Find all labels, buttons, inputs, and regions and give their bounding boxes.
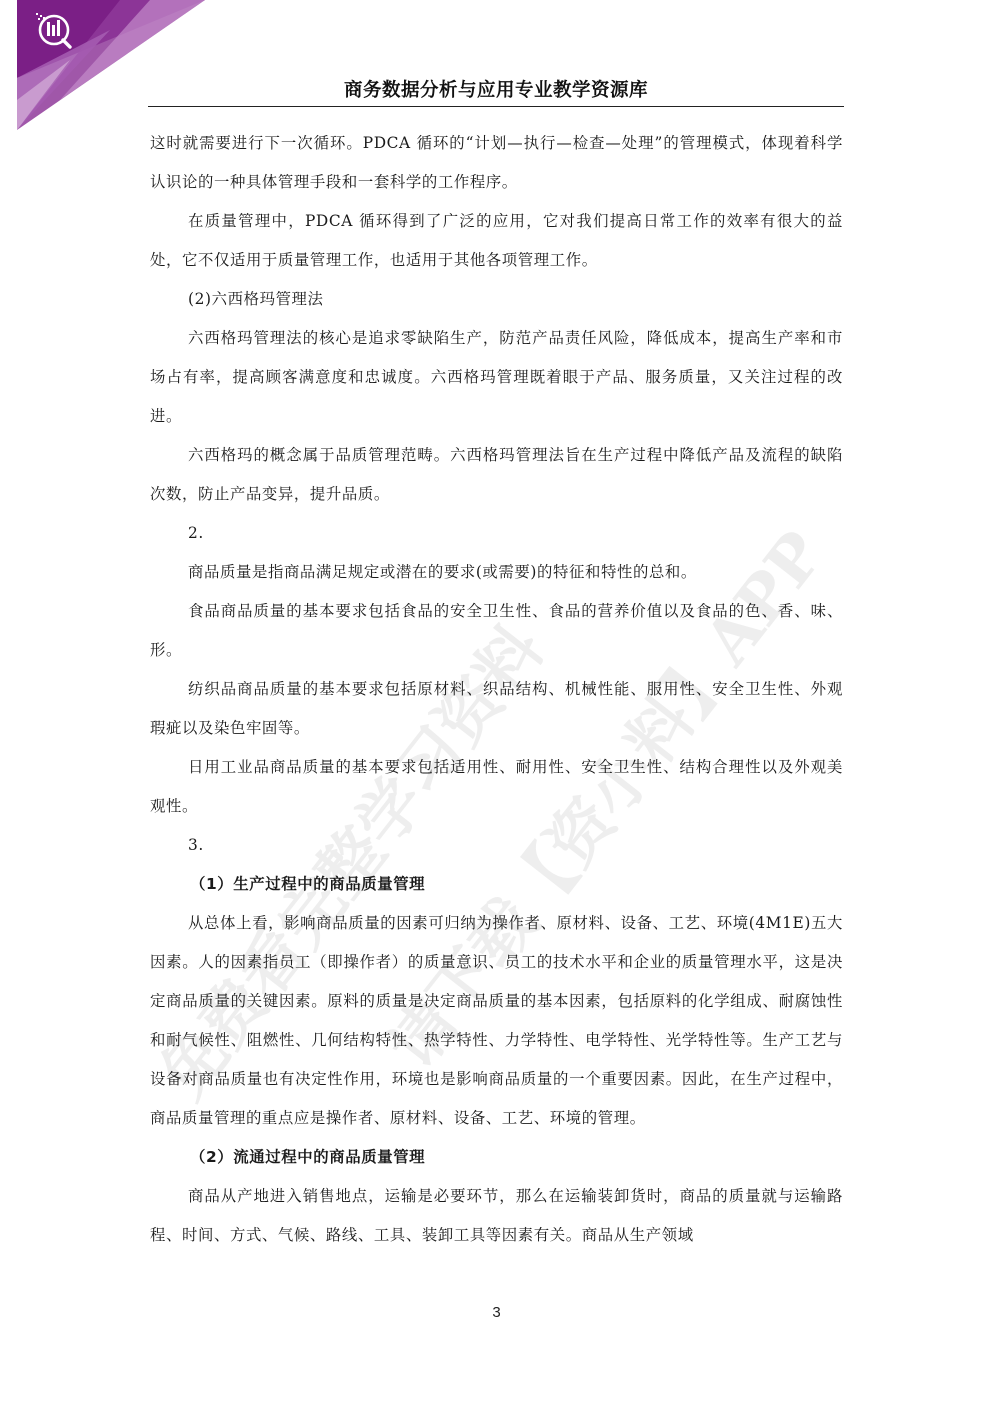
paragraph: 这时就需要进行下一次循环。PDCA 循环的“计划—执行—检查—处理”的管理模式，…: [150, 124, 843, 202]
section-number: 3.: [150, 826, 843, 865]
section-heading: （2）流通过程中的商品质量管理: [150, 1138, 843, 1177]
paragraph: 日用工业品商品质量的基本要求包括适用性、耐用性、安全卫生性、结构合理性以及外观美…: [150, 748, 843, 826]
paragraph: 六西格玛管理法的核心是追求零缺陷生产，防范产品责任风险，降低成本，提高生产率和市…: [150, 319, 843, 436]
subheading-six-sigma: (2)六西格玛管理法: [150, 280, 843, 319]
document-header-title: 商务数据分析与应用专业教学资源库: [148, 76, 844, 102]
section-number: 2.: [150, 514, 843, 553]
paragraph: 从总体上看，影响商品质量的因素可归纳为操作者、原材料、设备、工艺、环境(4M1E…: [150, 904, 843, 1138]
section-heading: （1）生产过程中的商品质量管理: [150, 865, 843, 904]
paragraph: 食品商品质量的基本要求包括食品的安全卫生性、食品的营养价值以及食品的色、香、味、…: [150, 592, 843, 670]
paragraph: 商品从产地进入销售地点，运输是必要环节，那么在运输装卸货时，商品的质量就与运输路…: [150, 1177, 843, 1255]
paragraph: 纺织品商品质量的基本要求包括原材料、织品结构、机械性能、服用性、安全卫生性、外观…: [150, 670, 843, 748]
magnifier-chart-logo-icon: [30, 8, 80, 52]
paragraph: 商品质量是指商品满足规定或潜在的要求(或需要)的特征和特性的总和。: [150, 553, 843, 592]
paragraph: 六西格玛的概念属于品质管理范畴。六西格玛管理法旨在生产过程中降低产品及流程的缺陷…: [150, 436, 843, 514]
page-number: 3: [0, 1304, 993, 1321]
header-divider: [148, 106, 844, 107]
paragraph: 在质量管理中，PDCA 循环得到了广泛的应用，它对我们提高日常工作的效率有很大的…: [150, 202, 843, 280]
document-body: 这时就需要进行下一次循环。PDCA 循环的“计划—执行—检查—处理”的管理模式，…: [150, 124, 843, 1255]
